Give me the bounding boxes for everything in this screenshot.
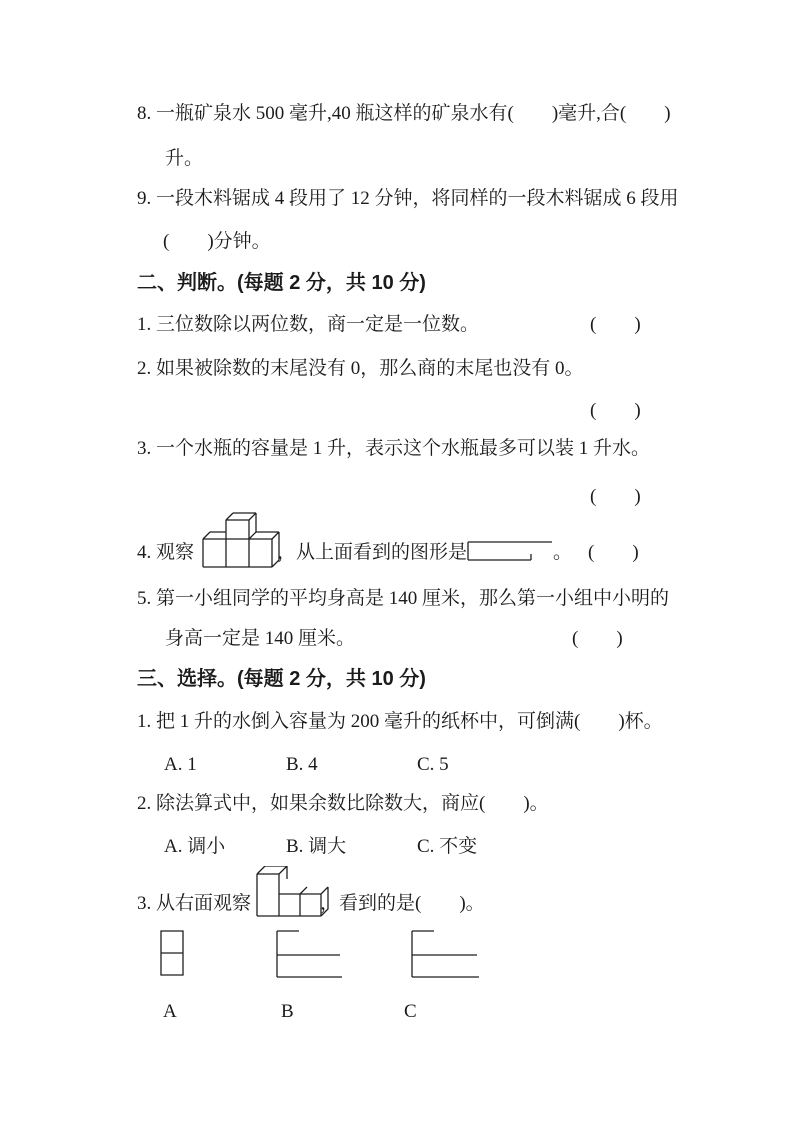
judge-item-4-suffix: ，从上面看到的图形是。 [277,541,572,565]
choice-2-option-b: B. 调大 [286,835,346,859]
option-b-step-outline-figure [276,930,346,980]
cubes-t-shape-figure [202,512,282,569]
choice-question-1: 1. 把 1 升的水倒入容量为 200 毫升的纸杯中，可倒满( )杯。 [137,710,663,734]
choice-3-label-a: A [163,1000,177,1024]
worksheet-page: 8. 一瓶矿泉水 500 毫升,40 瓶这样的矿泉水有( )毫升,合( ) 升。… [0,0,793,1122]
judge-item-3: 3. 一个水瓶的容量是 1 升，表示这个水瓶最多可以装 1 升水。 [137,437,650,461]
choice-2-option-c: C. 不变 [417,835,477,859]
judge-item-5-answer-paren: ( ) [572,627,623,651]
answer-rectangle-figure [467,541,553,562]
judge-item-4-suffix-text: ，从上面看到的图形是 [277,542,467,563]
choice-2-option-a: A. 调小 [164,835,225,859]
section-choice-heading: 三、选择。(每题 2 分，共 10 分) [137,667,426,691]
judge-item-5-line-1: 5. 第一小组同学的平均身高是 140 厘米，那么第一小组中小明的 [137,587,669,611]
choice-3-label-c: C [404,1000,417,1024]
question-9-line-1: 9. 一段木料锯成 4 段用了 12 分钟，将同样的一段木料锯成 6 段用 [137,187,679,211]
judge-item-2-answer-paren: ( ) [590,399,641,423]
choice-question-3-prefix: 3. 从右面观察 [137,892,251,916]
judge-item-1: 1. 三位数除以两位数，商一定是一位数。 [137,313,479,337]
section-judge-heading: 二、判断。(每题 2 分，共 10 分) [137,271,426,295]
choice-3-label-b: B [281,1000,294,1024]
judge-item-4-period: 。 [553,542,572,563]
option-c-step-outline-figure [411,930,483,980]
judge-item-4-prefix: 4. 观察 [137,541,194,565]
judge-item-4-answer-paren: ( ) [588,541,639,565]
judge-item-1-answer-paren: ( ) [590,313,641,337]
question-8-line-1: 8. 一瓶矿泉水 500 毫升,40 瓶这样的矿泉水有( )毫升,合( ) [137,102,671,126]
choice-question-2: 2. 除法算式中，如果余数比除数大，商应( )。 [137,792,549,816]
choice-1-option-c: C. 5 [417,753,449,777]
question-9-line-2: ( )分钟。 [163,230,271,254]
question-8-line-2: 升。 [165,147,203,171]
judge-item-3-answer-paren: ( ) [590,485,641,509]
choice-1-option-b: B. 4 [286,753,318,777]
choice-question-3-suffix: ，看到的是( )。 [320,892,485,916]
judge-item-2: 2. 如果被除数的末尾没有 0，那么商的末尾也没有 0。 [137,357,584,381]
choice-1-option-a: A. 1 [164,753,197,777]
option-a-two-stacked-squares-figure [160,930,186,978]
judge-item-5-line-2: 身高一定是 140 厘米。 [165,627,355,651]
